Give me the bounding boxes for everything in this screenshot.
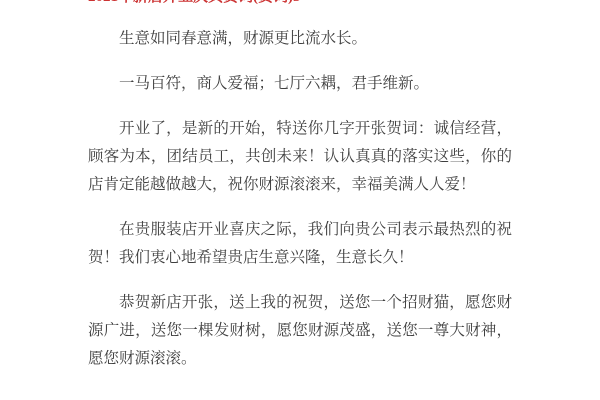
document-body: 生意如同春意满，财源更比流水长。一马百符，商人爱福；七厅六耦，君手维新。开业了，… bbox=[88, 25, 512, 373]
paragraph: 在贵服装店开业喜庆之际，我们向贵公司表示最热烈的祝贺！我们衷心地希望贵店生意兴隆… bbox=[88, 216, 512, 272]
paragraph: 一马百符，商人爱福；七厅六耦，君手维新。 bbox=[88, 70, 512, 98]
paragraph: 生意如同春意满，财源更比流水长。 bbox=[88, 25, 512, 53]
paragraph: 恭贺新店开张，送上我的祝贺，送您一个招财猫，愿您财源广进，送您一棵发财树，愿您财… bbox=[88, 289, 512, 373]
paragraph: 开业了，是新的开始，特送你几字开张贺词：诚信经营，顾客为本，团结员工，共创未来！… bbox=[88, 115, 512, 199]
document-page: 2021年新店开业庆典贺词(贺词)3 生意如同春意满，财源更比流水长。一马百符，… bbox=[0, 0, 600, 400]
document-content: 2021年新店开业庆典贺词(贺词)3 生意如同春意满，财源更比流水长。一马百符，… bbox=[0, 0, 512, 373]
page-title: 2021年新店开业庆典贺词(贺词)3 bbox=[88, 0, 512, 7]
